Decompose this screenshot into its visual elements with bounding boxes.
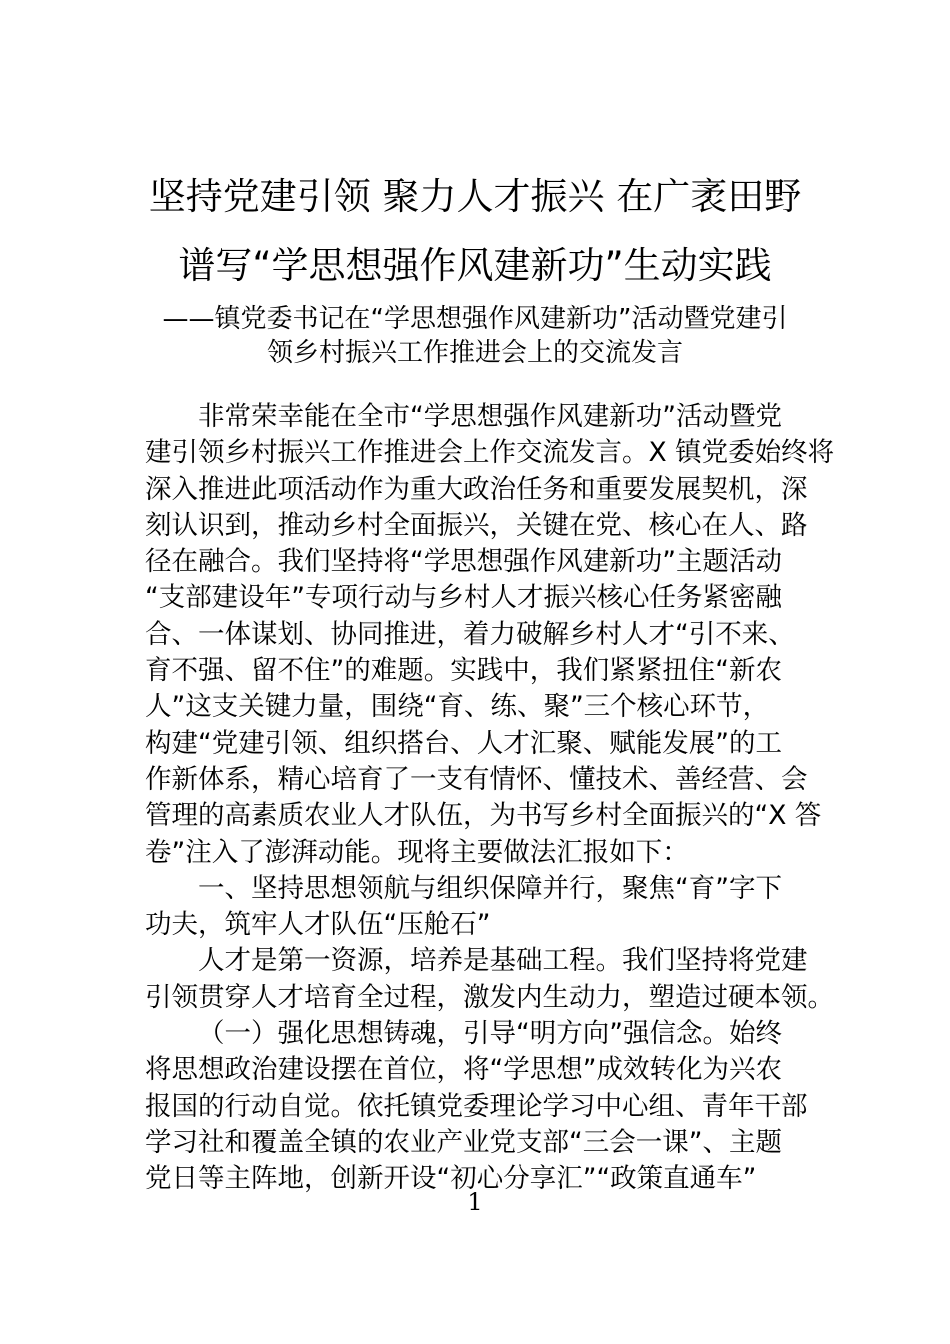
document-subtitle-line-1: ——镇党委书记在“学思想强作风建新功”活动暨党建引 <box>120 302 830 336</box>
body-line: 将思想政治建设摆在首位，将“学思想”成效转化为兴农 <box>145 1052 807 1088</box>
body-line: 引领贯穿人才培育全过程，激发内生动力，塑造过硬本领。 <box>145 980 807 1016</box>
body-line: 卷”注入了澎湃动能。现将主要做法汇报如下： <box>145 835 807 871</box>
body-line: 非常荣幸能在全市“学思想强作风建新功”活动暨党 <box>145 399 807 435</box>
body-line: 作新体系，精心培育了一支有情怀、懂技术、善经营、会 <box>145 762 807 798</box>
body-line: 径在融合。我们坚持将“学思想强作风建新功”主题活动 <box>145 544 807 580</box>
body-line: 人才是第一资源，培养是基础工程。我们坚持将党建 <box>145 943 807 979</box>
page-number: 1 <box>0 1188 950 1216</box>
document-subtitle-line-2: 领乡村振兴工作推进会上的交流发言 <box>120 336 830 370</box>
section-heading-line: 一、坚持思想领航与组织保障并行，聚焦“育”字下 <box>145 871 807 907</box>
body-line: 构建“党建引领、组织搭台、人才汇聚、赋能发展”的工 <box>145 726 807 762</box>
body-line: “支部建设年”专项行动与乡村人才振兴核心任务紧密融 <box>145 580 807 616</box>
body-line: 建引领乡村振兴工作推进会上作交流发言。X 镇党委始终将 <box>145 435 807 471</box>
body-line: （一）强化思想铸魂，引导“明方向”强信念。始终 <box>145 1016 807 1052</box>
document-body: 非常荣幸能在全市“学思想强作风建新功”活动暨党 建引领乡村振兴工作推进会上作交流… <box>145 399 807 1198</box>
document-title-line-1: 坚持党建引领 聚力人才振兴 在广袤田野 <box>100 175 850 219</box>
body-line: 人”这支关键力量，围绕“育、练、聚”三个核心环节， <box>145 689 807 725</box>
document-page: 坚持党建引领 聚力人才振兴 在广袤田野 谱写“学思想强作风建新功”生动实践 ——… <box>0 0 950 1344</box>
document-title-line-2: 谱写“学思想强作风建新功”生动实践 <box>100 244 850 288</box>
body-line: 学习社和覆盖全镇的农业产业党支部“三会一课”、主题 <box>145 1125 807 1161</box>
body-line: 报国的行动自觉。依托镇党委理论学习中心组、青年干部 <box>145 1089 807 1125</box>
body-line: 深入推进此项活动作为重大政治任务和重要发展契机，深 <box>145 472 807 508</box>
body-line: 管理的高素质农业人才队伍，为书写乡村全面振兴的“X 答 <box>145 798 807 834</box>
body-line: 刻认识到，推动乡村全面振兴，关键在党、核心在人、路 <box>145 508 807 544</box>
body-line: 育不强、留不住”的难题。实践中，我们紧紧扭住“新农 <box>145 653 807 689</box>
body-line: 合、一体谋划、协同推进，着力破解乡村人才“引不来、 <box>145 617 807 653</box>
section-heading-line: 功夫，筑牢人才队伍“压舱石” <box>145 907 807 943</box>
